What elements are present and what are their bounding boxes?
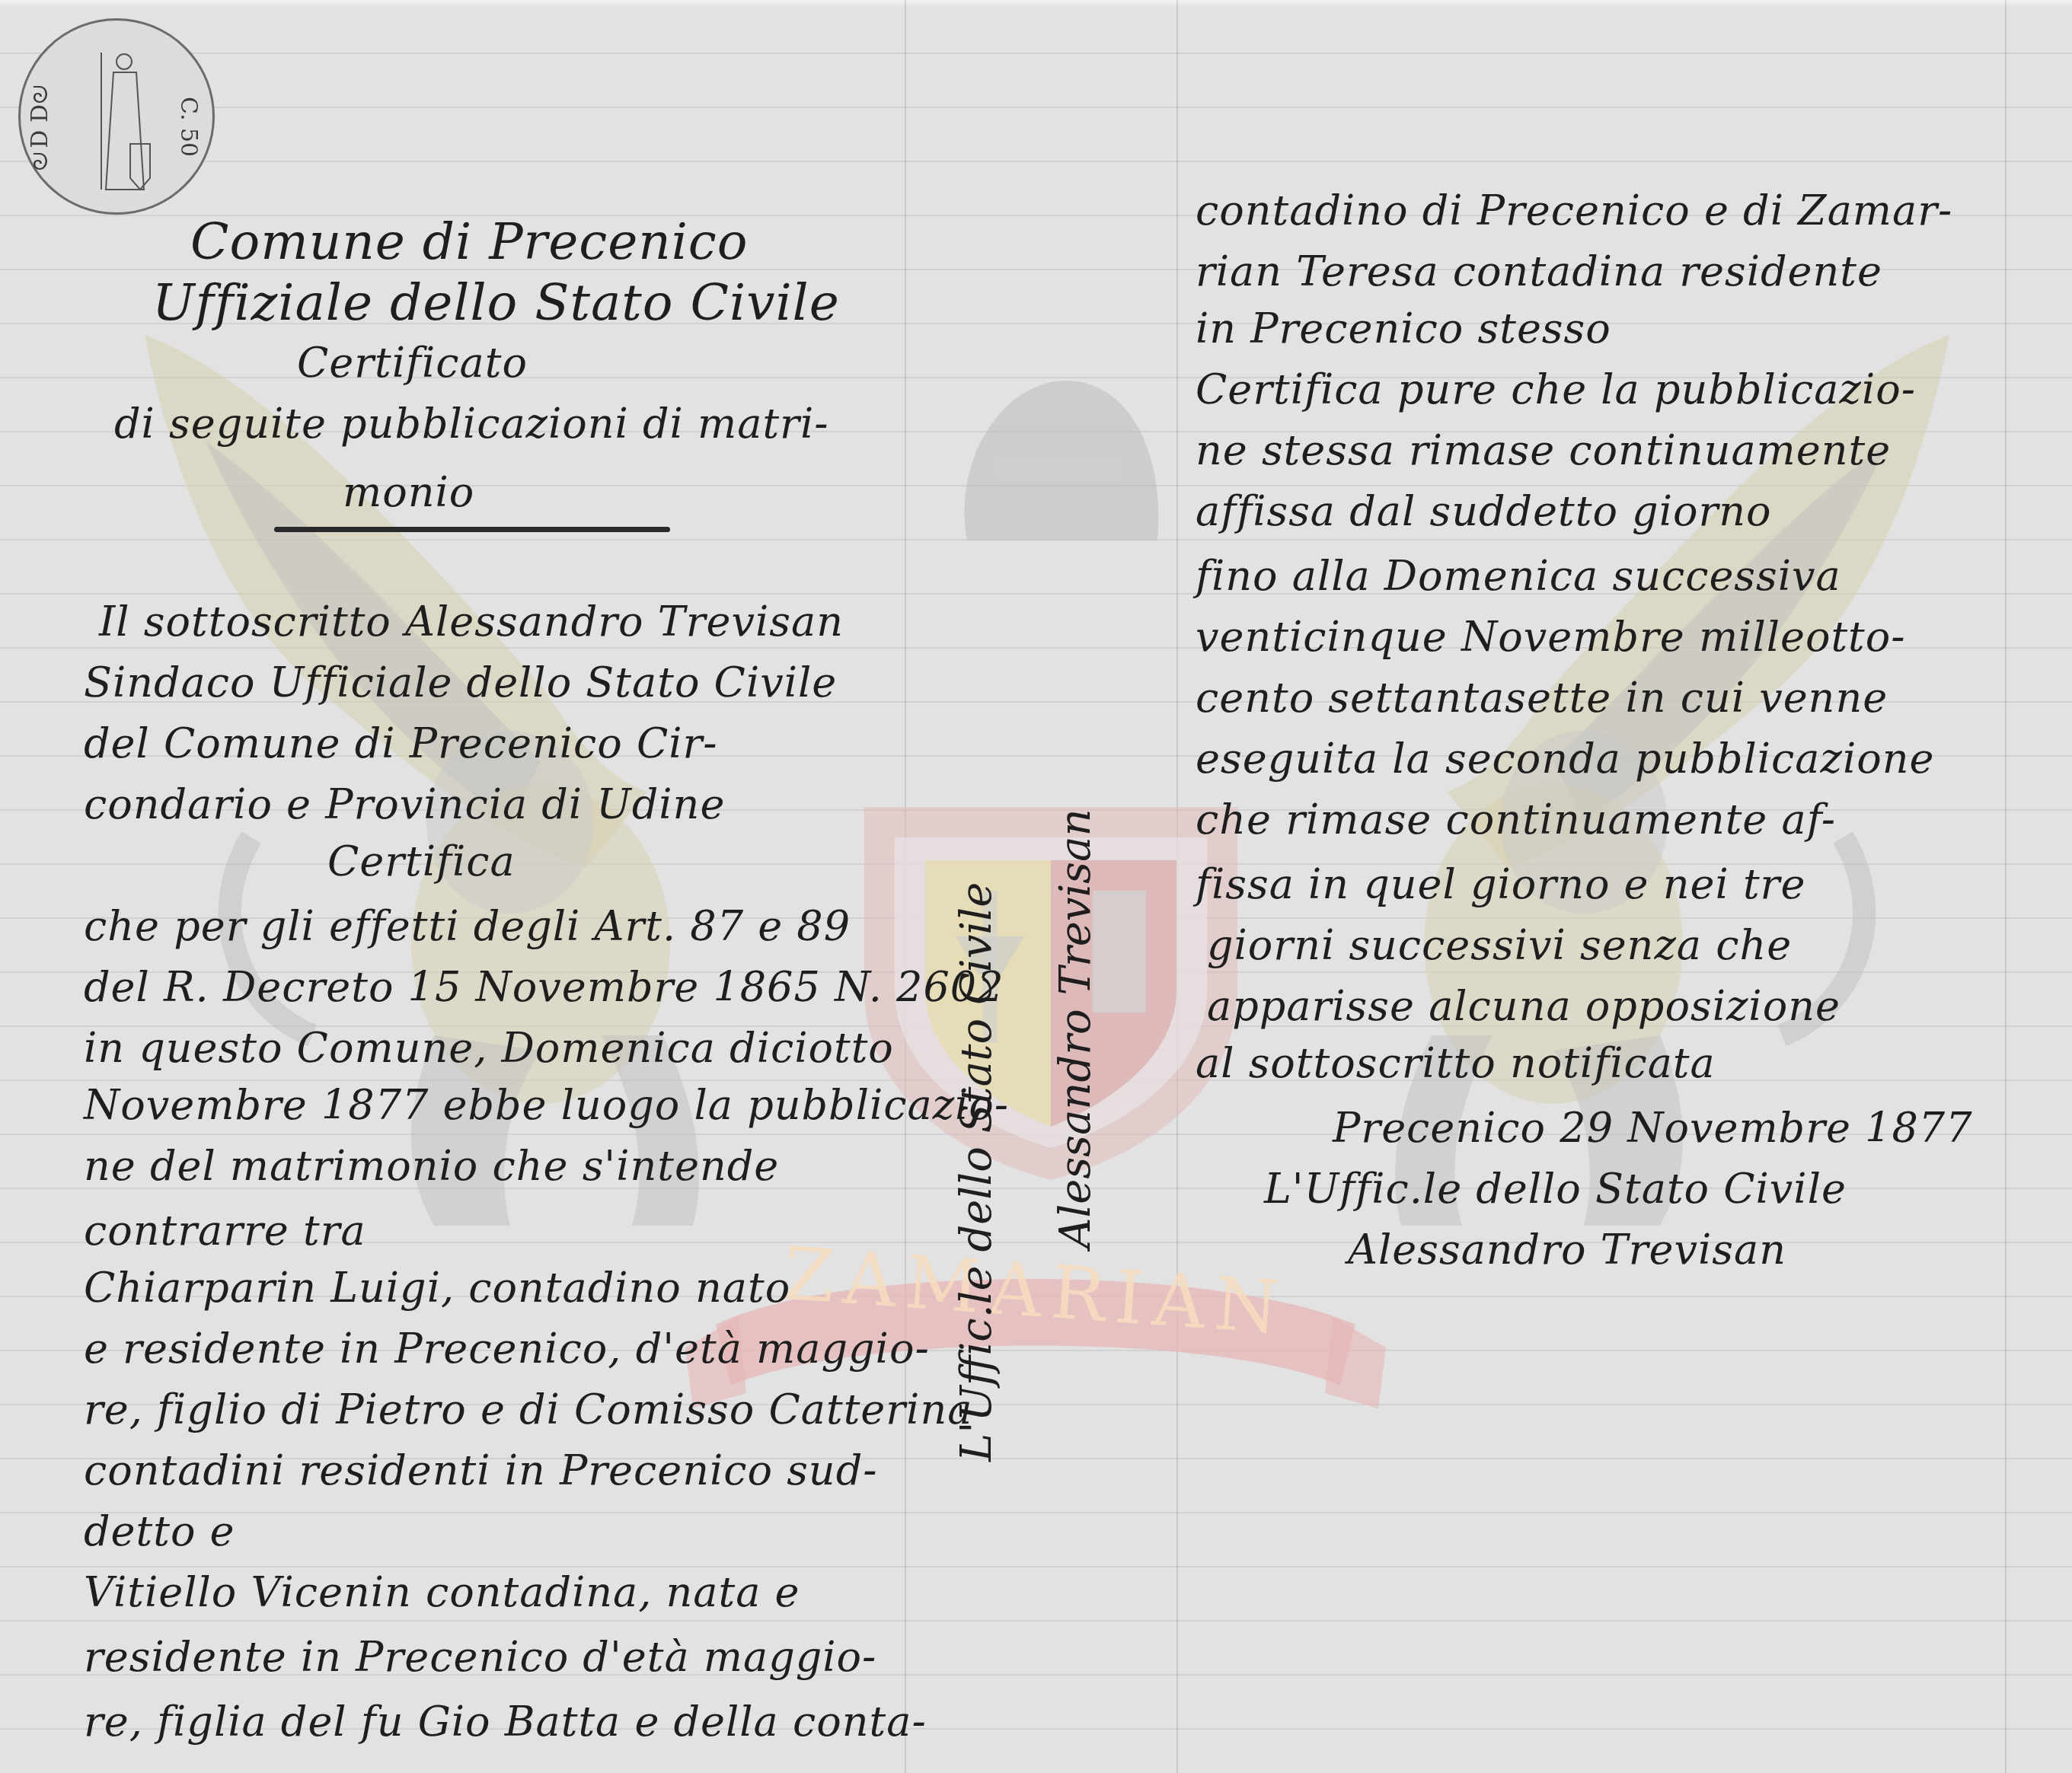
revenue-stamp: ᘓD Dᘓ C. 50 [18,18,215,215]
right-body-line: fino alla Domenica successiva [1196,556,1841,597]
body-line: Il sottoscritto Alessandro Trevisan [99,601,844,643]
body-certifica: Certifica [327,841,516,882]
closing-officer-title: L'Uffic.le dello Stato Civile [1264,1169,1847,1210]
body-line: residente in Precenico d'età maggio- [84,1637,876,1678]
right-body-line: Certifica pure che la pubblicazio- [1196,369,1916,410]
header-uffiziale: Uffiziale dello Stato Civile [152,278,840,328]
body-line: Novembre 1877 ebbe luogo la pubblicazio- [84,1085,1009,1126]
body-line: condario e Provincia di Udine [84,784,725,825]
body-line: contadini residenti in Precenico sud- [84,1450,877,1491]
body-line: e residente in Precenico, d'età maggio- [84,1328,930,1370]
body-line: detto e [84,1511,235,1552]
scanned-document-page: ZAMARIAN ᘓD Dᘓ C. 50 Comune di Precenico… [0,0,2072,1773]
right-body-line: ne stessa rimase continuamente [1196,430,1891,471]
right-body-line: giorni successivi senza che [1207,925,1792,966]
right-body-line: affissa dal suddetto giorno [1196,491,1772,532]
column-divider-left [905,0,906,1773]
header-comune: Comune di Precenico [190,217,749,267]
header-underline [274,527,670,532]
italia-turrita-figure-icon [91,45,152,197]
body-line: Chiarparin Luigi, contadino nato [84,1268,790,1309]
stamp-legend-left: ᘓD Dᘓ [27,81,53,171]
body-line: del R. Decreto 15 Novembre 1865 N. 2602 [84,967,1004,1008]
right-body-line: apparisse alcuna opposizione [1207,986,1841,1027]
body-line: Sindaco Ufficiale dello Stato Civile [84,662,837,703]
body-line: re, figlio di Pietro e di Comisso Catter… [84,1389,972,1430]
body-line: Vitiello Vicenin contadina, nata e [84,1572,800,1613]
right-body-line: che rimase continuamente af- [1196,799,1836,840]
right-body-line: eseguita la seconda pubblicazione [1196,738,1935,780]
header-certificato: Certificato [297,343,528,384]
closing-signature: Alessandro Trevisan [1348,1229,1786,1271]
watermark-helmet-icon [944,365,1173,563]
right-body-line: venticinque Novembre milleotto- [1196,617,1906,658]
header-subject-line-2: monio [343,472,474,513]
body-line: in questo Comune, Domenica diciotto [84,1028,894,1069]
page-top-edge [0,0,2072,8]
page-edge-right [2005,0,2007,1773]
right-body-line: rian Teresa contadina residente [1196,251,1882,292]
margin-note-signature: Alessandro Trevisan [1051,808,1100,1248]
body-line: ne del matrimonio che s'intende [84,1146,779,1187]
body-line: re, figlia del fu Gio Batta e della cont… [84,1701,927,1743]
right-body-line: contadino di Precenico e di Zamar- [1196,190,1952,231]
right-body-line: in Precenico stesso [1196,308,1611,349]
right-body-line: cento settantasette in cui venne [1196,678,1888,719]
right-body-line: al sottoscritto notificata [1196,1043,1716,1084]
header-subject-line-1: di seguite pubblicazioni di matri- [114,403,828,445]
column-divider-middle [1176,0,1178,1773]
closing-place-date: Precenico 29 Novembre 1877 [1333,1108,1973,1149]
right-body-line: fissa in quel giorno e nei tre [1196,864,1805,905]
margin-note-officer-title: L'Uffic.le dello Stato Civile [952,882,1001,1462]
body-line: contrarre tra [84,1210,366,1252]
body-line: che per gli effetti degli Art. 87 e 89 [84,906,851,947]
body-line: del Comune di Precenico Cir- [84,723,718,764]
stamp-value: C. 50 [175,97,202,157]
